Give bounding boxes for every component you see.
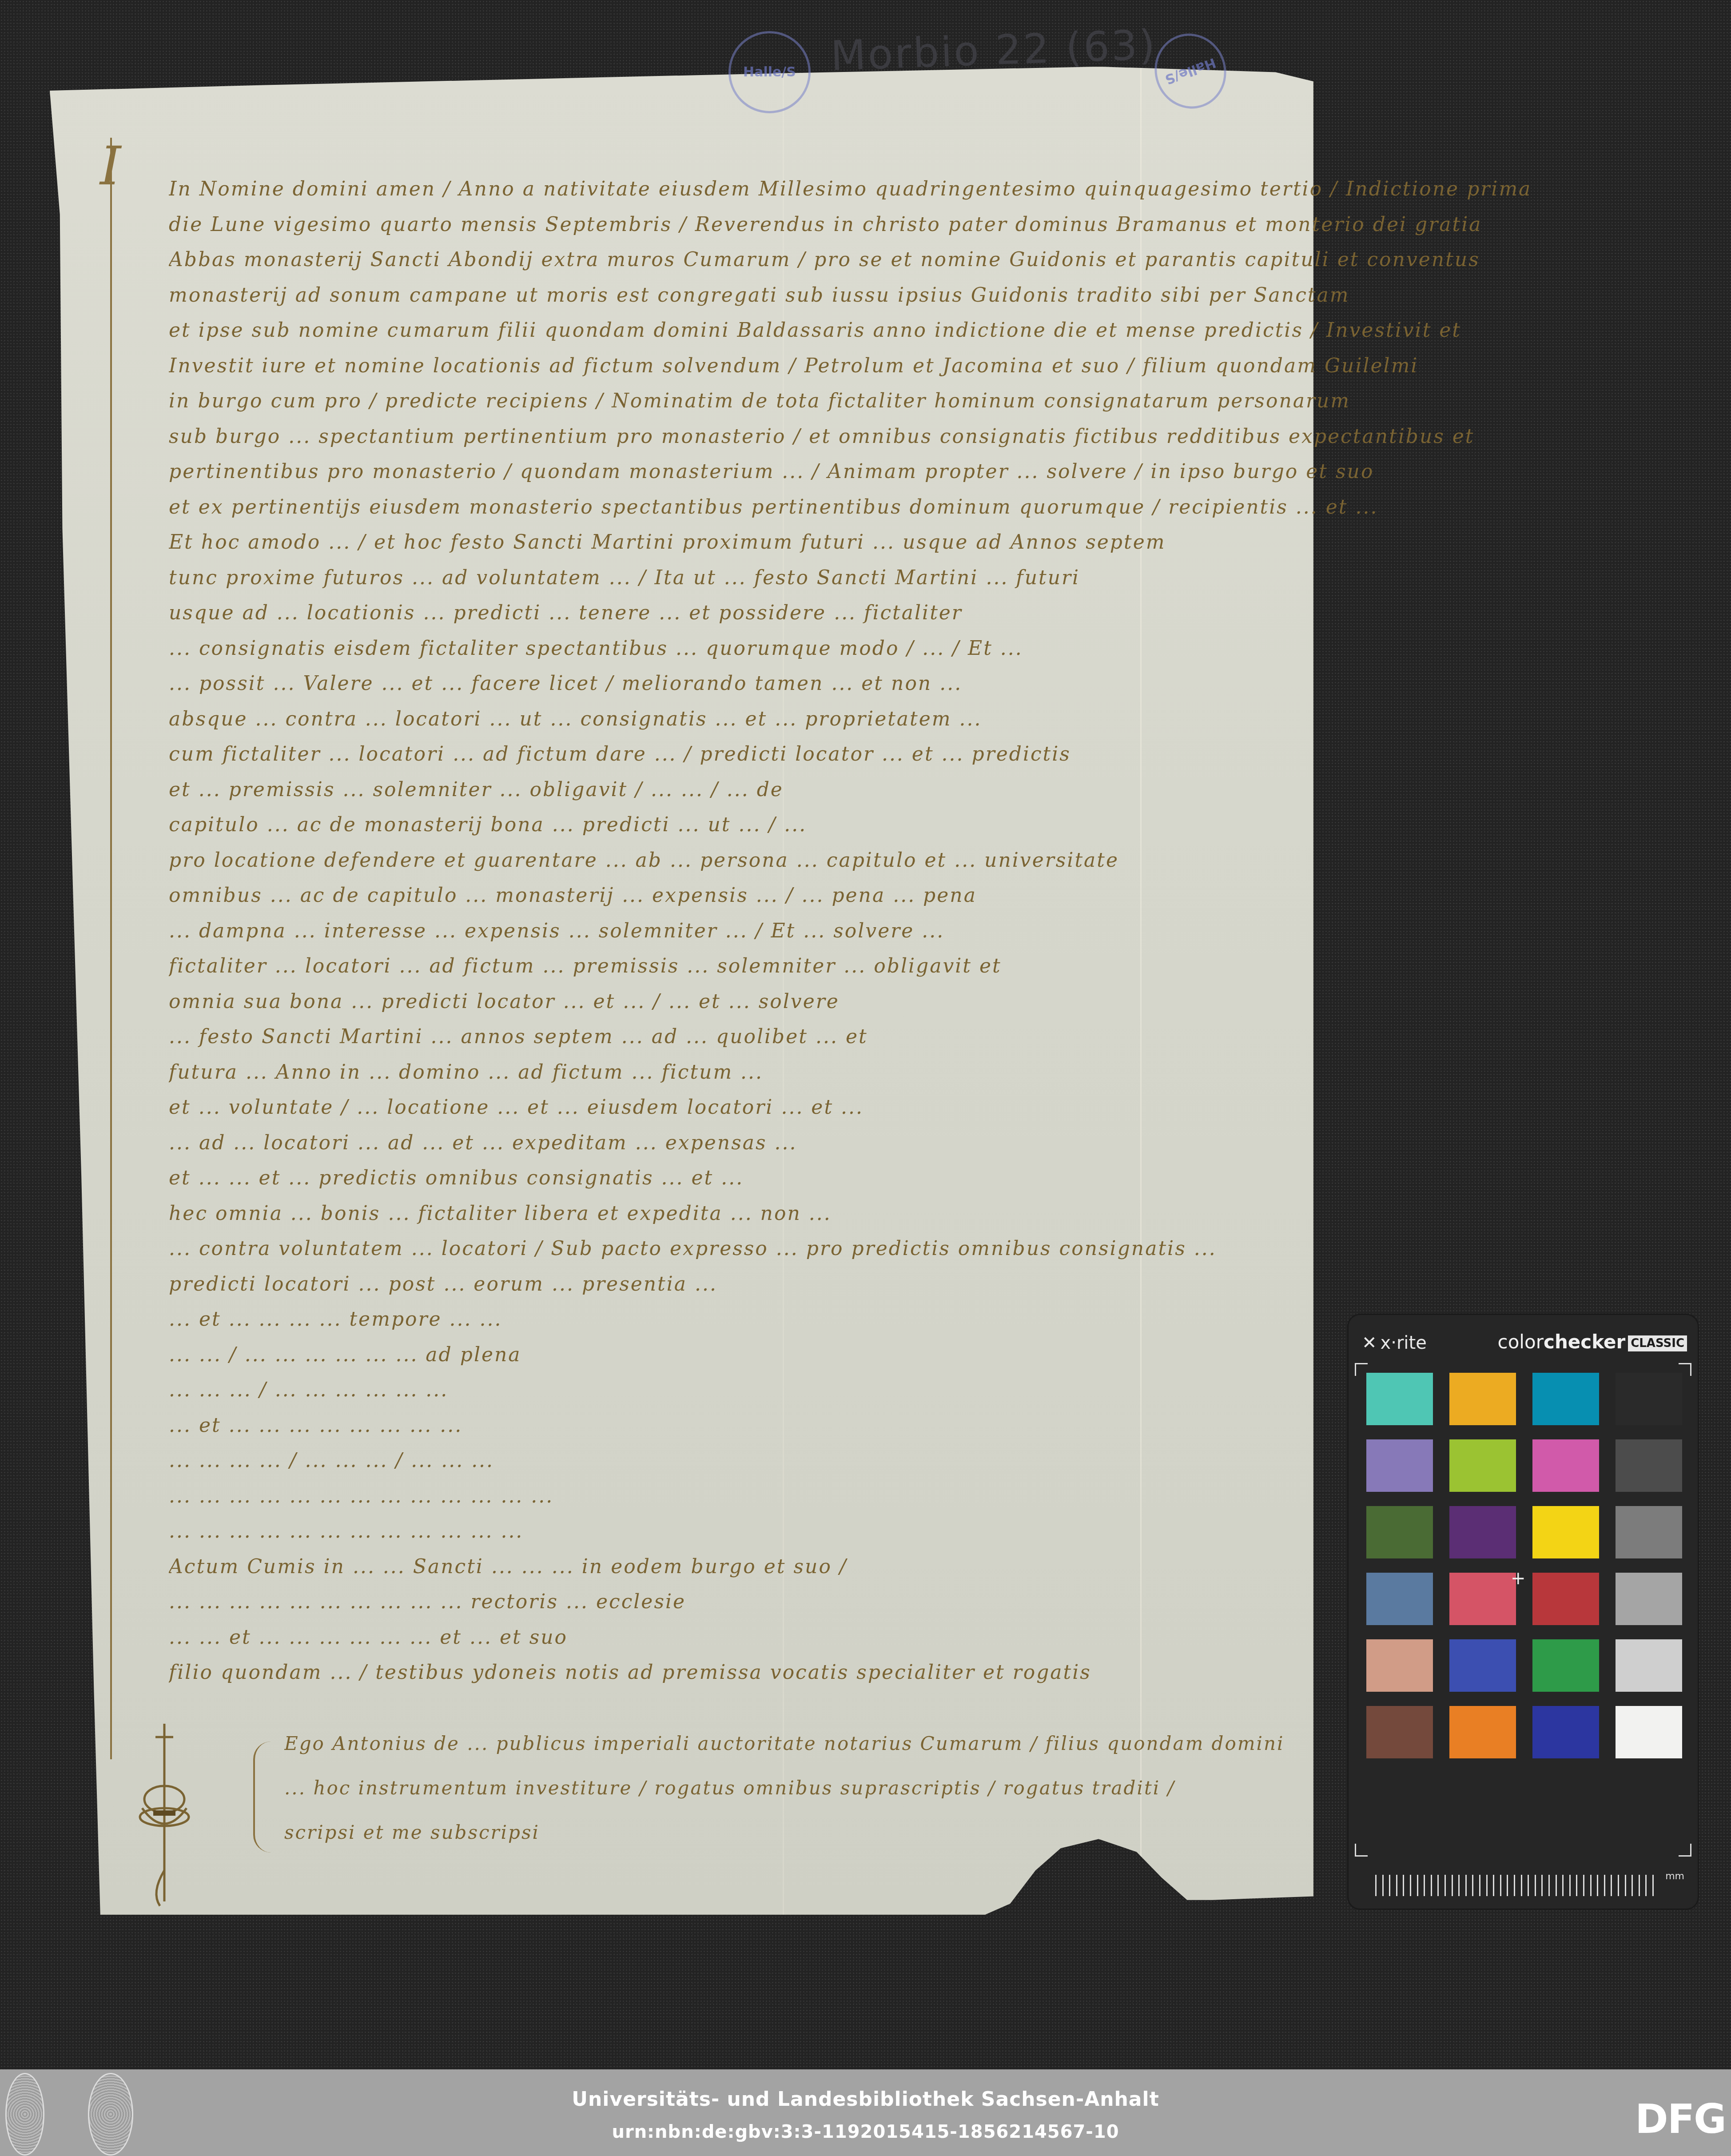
text-line: predicti locatori ... post ... eorum ...…: [169, 1273, 717, 1308]
text-line: ... possit ... Valere ... et ... facere …: [169, 672, 962, 708]
color-patch: [1532, 1706, 1599, 1758]
institution-name: Universitäts- und Landesbibliothek Sachs…: [0, 2088, 1731, 2111]
footer-bar: Universitäts- und Landesbibliothek Sachs…: [0, 2069, 1731, 2156]
classic-badge: CLASSIC: [1628, 1335, 1687, 1351]
university-seal-icon: [5, 2073, 44, 2156]
color-patch: [1366, 1706, 1433, 1758]
color-patch: [1532, 1639, 1599, 1692]
text-line: monasterij ad sonum campane ut moris est…: [169, 284, 1349, 319]
colorchecker-title: colorcheckerCLASSIC: [1498, 1331, 1687, 1353]
text-line: Abbas monasterij Sancti Abondij extra mu…: [169, 248, 1480, 284]
text-line: ... ... ... ... ... ... ... ... ... ... …: [169, 1590, 686, 1626]
text-line: fictaliter ... locatori ... ad fictum ..…: [169, 955, 1002, 990]
color-patch: [1366, 1373, 1433, 1425]
color-patch: [1449, 1439, 1516, 1492]
color-patch: [1449, 1373, 1516, 1425]
notary-sign-icon: [133, 1724, 195, 1910]
text-line: hec omnia ... bonis ... fictaliter liber…: [169, 1202, 832, 1238]
text-line: et ex pertinentijs eiusdem monasterio sp…: [169, 496, 1378, 531]
text-line: in burgo cum pro / predicte recipiens / …: [169, 390, 1350, 425]
text-line: ... consignatis eisdem fictaliter specta…: [169, 637, 1023, 673]
urn-identifier: urn:nbn:de:gbv:3:3-1192015415-1856214567…: [0, 2122, 1731, 2142]
color-patch: [1616, 1373, 1682, 1425]
color-patch: [1366, 1639, 1433, 1692]
color-patch: [1616, 1439, 1682, 1492]
text-line: ... festo Sancti Martini ... annos septe…: [169, 1025, 868, 1061]
stamp-text: Halle/S: [1163, 55, 1218, 88]
text-line: et ... voluntate / ... locatione ... et …: [169, 1096, 864, 1132]
color-patch: [1449, 1706, 1516, 1758]
subscription-line: scripsi et me subscripsi: [284, 1821, 540, 1857]
text-line: et ... premissis ... solemniter ... obli…: [169, 778, 784, 814]
text-line: ... dampna ... interesse ... expensis ..…: [169, 920, 944, 955]
title-bold: checker: [1544, 1331, 1625, 1353]
text-line: ... ... ... / ... ... ... ... ... ...: [169, 1379, 448, 1414]
corner-mark-icon: [1679, 1844, 1691, 1857]
color-patch-grid: [1366, 1373, 1682, 1758]
color-patch: [1532, 1573, 1599, 1625]
text-line: ... ... et ... ... ... ... ... ... et ..…: [169, 1626, 568, 1662]
text-line: cum fictaliter ... locatori ... ad fictu…: [169, 743, 1071, 778]
color-patch: [1366, 1573, 1433, 1625]
color-patch: [1532, 1373, 1599, 1425]
crosshair-icon: +: [1511, 1568, 1526, 1589]
corner-mark-icon: [1355, 1363, 1368, 1376]
text-line: pertinentibus pro monasterio / quondam m…: [169, 460, 1374, 496]
subscription-line: Ego Antonius de ... publicus imperiali a…: [284, 1733, 1285, 1768]
text-line: ... ... ... ... / ... ... ... / ... ... …: [169, 1449, 494, 1485]
color-patch: [1616, 1506, 1682, 1558]
color-patch: [1532, 1506, 1599, 1558]
text-line: tunc proxime futuros ... ad voluntatem .…: [169, 566, 1080, 602]
subscription-line: ... hoc instrumentum investiture / rogat…: [284, 1777, 1175, 1813]
color-patch: [1449, 1506, 1516, 1558]
text-line: capitulo ... ac de monasterij bona ... p…: [169, 813, 807, 849]
colorchecker-card: ✕x·rite colorcheckerCLASSIC + mm: [1349, 1315, 1698, 1909]
color-patch: [1366, 1506, 1433, 1558]
color-patch: [1449, 1639, 1516, 1692]
color-patch: [1449, 1573, 1516, 1625]
brand-text: x·rite: [1381, 1333, 1427, 1353]
initial-stroke: [110, 138, 124, 1759]
stamp-text: Halle/S: [743, 64, 796, 80]
text-line: filio quondam ... / testibus ydoneis not…: [169, 1661, 1091, 1697]
text-line: die Lune vigesimo quarto mensis Septembr…: [169, 213, 1482, 249]
text-line: et ipse sub nomine cumarum filii quondam…: [169, 319, 1461, 355]
text-line: ... ... ... ... ... ... ... ... ... ... …: [169, 1520, 523, 1555]
text-line: ... ... / ... ... ... ... ... ... ad ple…: [169, 1343, 521, 1379]
text-line: In Nomine domini amen / Anno a nativitat…: [169, 178, 1532, 213]
text-line: ... ad ... locatori ... ad ... et ... ex…: [169, 1132, 797, 1167]
color-patch: [1616, 1639, 1682, 1692]
text-line: ... et ... ... ... ... ... ... ... ...: [169, 1414, 462, 1450]
dfg-logo: DFG: [1635, 2096, 1726, 2143]
library-stamp: Halle/S: [728, 31, 811, 113]
text-line: omnibus ... ac de capitulo ... monasteri…: [169, 884, 977, 920]
text-line: pro locatione defendere et guarentare ..…: [169, 849, 1119, 885]
text-line: absque ... contra ... locatori ... ut ..…: [169, 708, 982, 743]
color-patch: [1616, 1706, 1682, 1758]
text-line: Actum Cumis in ... ... Sancti ... ... ..…: [169, 1555, 848, 1591]
text-line: futura ... Anno in ... domino ... ad fic…: [169, 1061, 763, 1096]
text-line: et ... ... et ... predictis omnibus cons…: [169, 1167, 744, 1202]
text-line: ... et ... ... ... ... tempore ... ...: [169, 1308, 502, 1343]
mm-ruler: [1375, 1875, 1659, 1896]
text-line: ... contra voluntatem ... locatori / Sub…: [169, 1237, 1217, 1273]
text-line: Investit iure et nomine locationis ad fi…: [169, 355, 1418, 390]
color-patch: [1366, 1439, 1433, 1492]
color-patch: [1616, 1573, 1682, 1625]
text-line: usque ad ... locationis ... predicti ...…: [169, 602, 963, 637]
color-patch: [1532, 1439, 1599, 1492]
corner-mark-icon: [1355, 1844, 1368, 1857]
text-line: omnia sua bona ... predicti locator ... …: [169, 990, 840, 1026]
xrite-icon: ✕: [1362, 1333, 1377, 1353]
text-line: Et hoc amodo ... / et hoc festo Sancti M…: [169, 531, 1166, 566]
xrite-logo: ✕x·rite: [1362, 1333, 1427, 1353]
library-seal-icon: [88, 2073, 133, 2156]
title-light: color: [1498, 1331, 1544, 1353]
text-line: sub burgo ... spectantium pertinentium p…: [169, 425, 1475, 461]
text-line: ... ... ... ... ... ... ... ... ... ... …: [169, 1485, 553, 1520]
subscription-bracket: [253, 1742, 282, 1853]
ruler-unit: mm: [1665, 1871, 1684, 1882]
